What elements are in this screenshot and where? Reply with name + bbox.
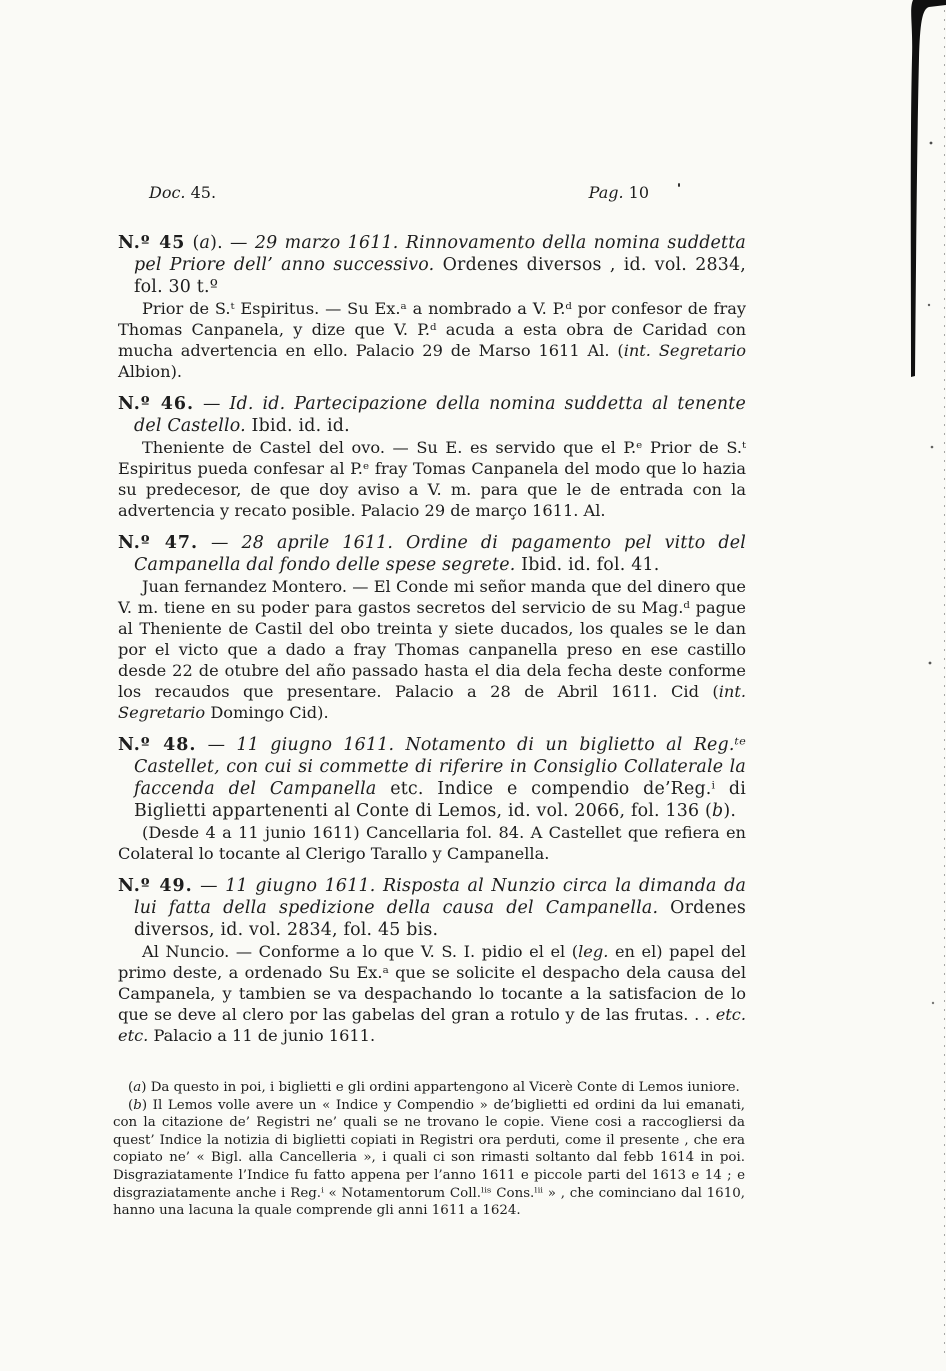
entry-46: N.º 46. — Id. id. Partecipazione della n… xyxy=(118,393,746,521)
entry-49-body: Al Nuncio. — Conforme a lo que V. S. I. … xyxy=(118,941,746,1046)
header-page-label: Pag. 10 xyxy=(589,183,649,203)
entry-47: N.º 47. — 28 aprile 1611. Ordine di paga… xyxy=(118,532,746,723)
entry-46-heading: N.º 46. — Id. id. Partecipazione della n… xyxy=(118,393,746,437)
entry-47-body: Juan fernandez Montero. — El Conde mi se… xyxy=(118,576,746,723)
footnote-b: (b) Il Lemos volle avere un « Indice y C… xyxy=(113,1097,745,1220)
scanned-document-page: { "colors": { "paper": "#fafaf6", "ink":… xyxy=(0,0,946,1371)
entry-45: N.º 45 (a). — 29 marzo 1611. Rinnovament… xyxy=(118,232,746,382)
document-entries: N.º 45 (a). — 29 marzo 1611. Rinnovament… xyxy=(118,232,746,1046)
entry-45-heading: N.º 45 (a). — 29 marzo 1611. Rinnovament… xyxy=(118,232,746,298)
entry-49-heading: N.º 49. — 11 giugno 1611. Risposta al Nu… xyxy=(118,875,746,941)
entry-48-body: (Desde 4 a 11 junio 1611) Cancellaria fo… xyxy=(118,822,746,864)
entry-47-heading: N.º 47. — 28 aprile 1611. Ordine di paga… xyxy=(118,532,746,576)
text-column: Doc. 45. Pag. 10 N.º 45 (a). — 29 marzo … xyxy=(118,0,746,1220)
footnote-a: (a) Da questo in poi, i biglietti e gli … xyxy=(113,1079,745,1097)
footnotes-block: (a) Da questo in poi, i biglietti e gli … xyxy=(113,1079,745,1220)
entry-49: N.º 49. — 11 giugno 1611. Risposta al Nu… xyxy=(118,875,746,1046)
running-header: Doc. 45. Pag. 10 xyxy=(118,183,746,203)
entry-46-body: Theniente de Castel del ovo. — Su E. es … xyxy=(118,437,746,521)
entry-45-body: Prior de S.ᵗ Espiritus. — Su Ex.ᵃ a nomb… xyxy=(118,298,746,382)
entry-48: N.º 48. — 11 giugno 1611. Notamento di u… xyxy=(118,734,746,864)
header-doc-label: Doc. 45. xyxy=(149,183,216,203)
entry-48-heading: N.º 48. — 11 giugno 1611. Notamento di u… xyxy=(118,734,746,822)
scan-artifact-ink-mark xyxy=(850,0,946,1371)
